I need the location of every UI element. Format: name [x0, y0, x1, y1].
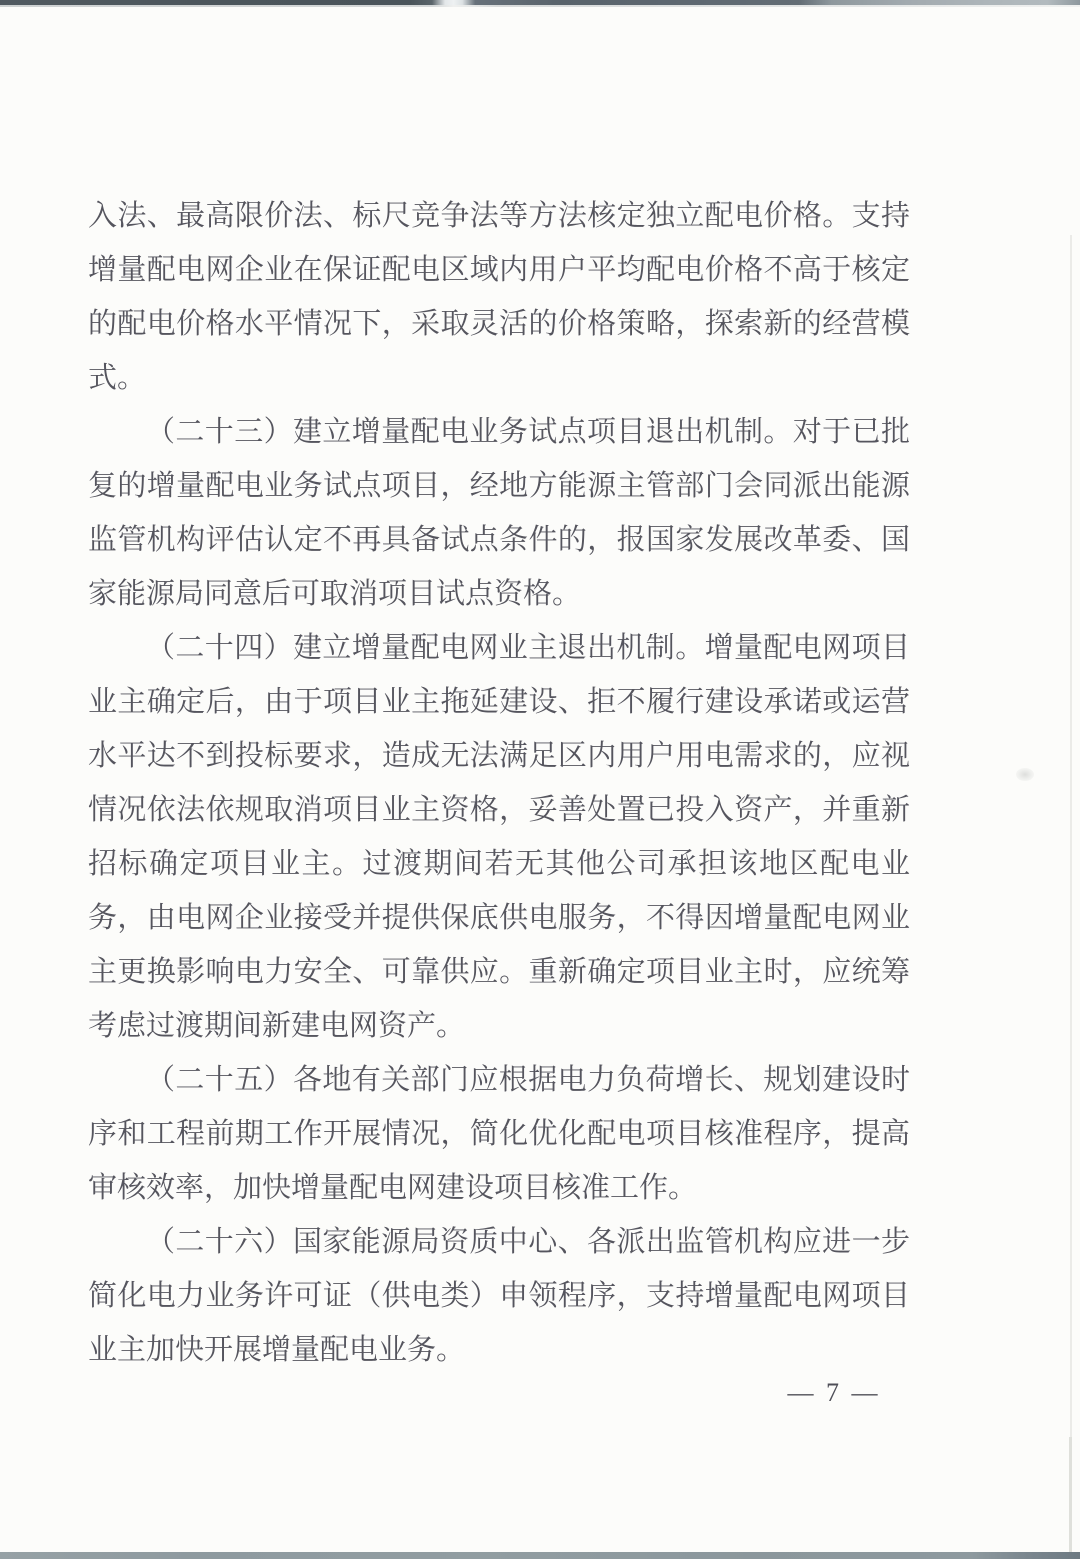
scan-artifact-speck [1016, 768, 1034, 781]
scan-artifact-right-line [1070, 235, 1072, 1552]
paragraph-item-26: （二十六）国家能源局资质中心、各派出监管机构应进一步简化电力业务许可证（供电类）… [88, 1215, 910, 1377]
paragraph-item-25: （二十五）各地有关部门应根据电力负荷增长、规划建设时序和工程前期工作开展情况，简… [88, 1053, 910, 1215]
paragraph-continuation: 入法、最高限价法、标尺竞争法等方法核定独立配电价格。支持增量配电网企业在保证配电… [88, 189, 910, 405]
document-body: 入法、最高限价法、标尺竞争法等方法核定独立配电价格。支持增量配电网企业在保证配电… [88, 189, 910, 1377]
scan-artifact-top-edge [0, 0, 1080, 5]
paragraph-item-24: （二十四）建立增量配电网业主退出机制。增量配电网项目业主确定后，由于项目业主拖延… [88, 621, 910, 1053]
page-number: — 7 — [779, 1376, 889, 1410]
scanned-document-page: 入法、最高限价法、标尺竞争法等方法核定独立配电价格。支持增量配电网企业在保证配电… [0, 0, 1080, 1559]
scan-artifact-bottom-edge [0, 1552, 1080, 1559]
paragraph-item-23: （二十三）建立增量配电业务试点项目退出机制。对于已批复的增量配电业务试点项目，经… [88, 405, 910, 621]
